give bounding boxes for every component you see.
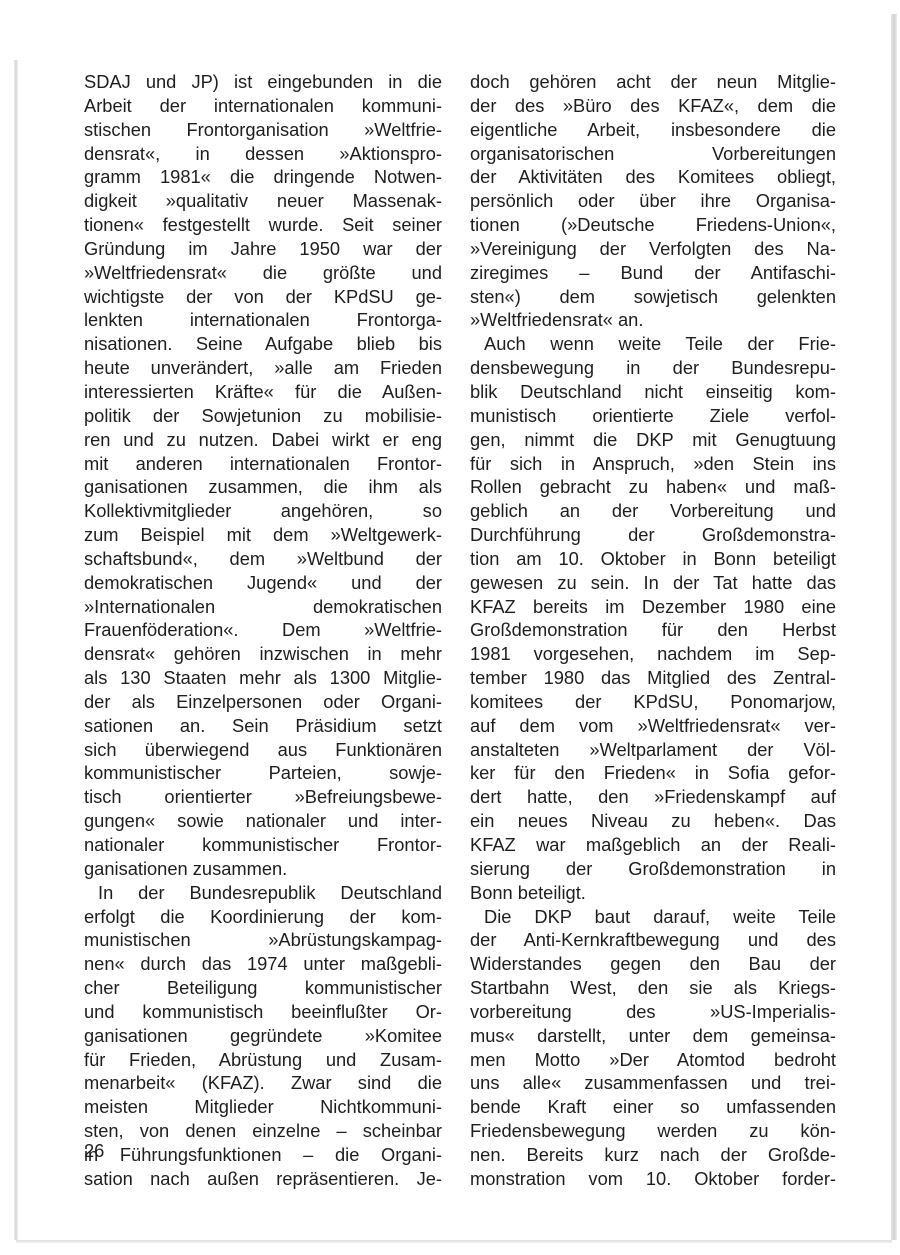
text-line: sierung der Großdemonstration in bbox=[470, 857, 836, 881]
text-line: sten«) dem sowjetisch gelenkten bbox=[470, 285, 836, 309]
text-line: menarbeit« (KFAZ). Zwar sind die bbox=[84, 1071, 442, 1095]
text-line: tember 1980 das Mitglied des Zentral- bbox=[470, 666, 836, 690]
text-line: ker für den Frieden« in Sofia gefor- bbox=[470, 761, 836, 785]
text-line: wichtigste der von der KPdSU ge- bbox=[84, 285, 442, 309]
text-line: Auch wenn weite Teile der Frie- bbox=[470, 332, 836, 356]
text-line: ein neues Niveau zu heben«. Das bbox=[470, 809, 836, 833]
text-line: der Aktivitäten des Komitees obliegt, bbox=[470, 165, 836, 189]
text-line: tionen (»Deutsche Friedens-Union«, bbox=[470, 213, 836, 237]
text-line: 1981 vorgesehen, nachdem im Sep- bbox=[470, 642, 836, 666]
text-line: sten, von denen einzelne – scheinbar bbox=[84, 1119, 442, 1143]
text-line: lenkten internationalen Frontorga- bbox=[84, 308, 442, 332]
text-line: »Weltfriedensrat« die größte und bbox=[84, 261, 442, 285]
text-line: mus« darstellt, unter dem gemeinsa- bbox=[470, 1024, 836, 1048]
text-line: organisatorischen Vorbereitungen bbox=[470, 142, 836, 166]
text-line: als 130 Staaten mehr als 1300 Mitglie- bbox=[84, 666, 442, 690]
text-line: ren und zu nutzen. Dabei wirkt er eng bbox=[84, 428, 442, 452]
text-line: Arbeit der internationalen kommuni- bbox=[84, 94, 442, 118]
text-line: Durchführung der Großdemonstra- bbox=[470, 523, 836, 547]
text-line: dert hatte, den »Friedenskampf auf bbox=[470, 785, 836, 809]
text-line: nen« durch das 1974 unter maßgebli- bbox=[84, 952, 442, 976]
text-line: Friedensbewegung werden zu kön- bbox=[470, 1119, 836, 1143]
text-line: sich überwiegend aus Funktionären bbox=[84, 738, 442, 762]
text-line: »Vereinigung der Verfolgten des Na- bbox=[470, 237, 836, 261]
text-line: und kommunistisch beeinflußter Or- bbox=[84, 1000, 442, 1024]
text-line: nisationen. Seine Aufgabe blieb bis bbox=[84, 332, 442, 356]
text-line: Widerstandes gegen den Bau der bbox=[470, 952, 836, 976]
text-line: doch gehören acht der neun Mitglie- bbox=[470, 70, 836, 94]
text-line: sationen an. Sein Präsidium setzt bbox=[84, 714, 442, 738]
text-line: Kollektivmitglieder angehören, so bbox=[84, 499, 442, 523]
text-line: der Anti-Kernkraftbewegung und des bbox=[470, 928, 836, 952]
text-line: tionen« festgestellt wurde. Seit seiner bbox=[84, 213, 442, 237]
text-line: KFAZ bereits im Dezember 1980 eine bbox=[470, 595, 836, 619]
text-line: anstalteten »Weltparlament der Völ- bbox=[470, 738, 836, 762]
text-line: stischen Frontorganisation »Weltfrie- bbox=[84, 118, 442, 142]
text-line: Startbahn West, den sie als Kriegs- bbox=[470, 976, 836, 1000]
text-line: für Frieden, Abrüstung und Zusam- bbox=[84, 1048, 442, 1072]
text-line: kommunistischer Parteien, sowje- bbox=[84, 761, 442, 785]
right-text-column: doch gehören acht der neun Mitglie-der d… bbox=[470, 70, 836, 1191]
text-line: geblich an der Vorbereitung und bbox=[470, 499, 836, 523]
text-line: vorbereitung des »US-Imperialis- bbox=[470, 1000, 836, 1024]
text-line: der des »Büro des KFAZ«, dem die bbox=[470, 94, 836, 118]
text-line: heute unverändert, »alle am Frieden bbox=[84, 356, 442, 380]
text-line: monstration vom 10. Oktober forder- bbox=[470, 1167, 836, 1191]
text-line: gramm 1981« die dringende Notwen- bbox=[84, 165, 442, 189]
text-line: »Weltfriedensrat« an. bbox=[470, 308, 836, 332]
text-line: der als Einzelpersonen oder Organi- bbox=[84, 690, 442, 714]
text-line: Gründung im Jahre 1950 war der bbox=[84, 237, 442, 261]
text-line: schaftsbund«, dem »Weltbund der bbox=[84, 547, 442, 571]
text-line: Die DKP baut darauf, weite Teile bbox=[470, 905, 836, 929]
text-line: Rollen gebracht zu haben« und maß- bbox=[470, 475, 836, 499]
text-line: sation nach außen repräsentieren. Je- bbox=[84, 1167, 442, 1191]
text-line: gewesen zu sein. In der Tat hatte das bbox=[470, 571, 836, 595]
text-line: gen, nimmt die DKP mit Genugtuung bbox=[470, 428, 836, 452]
text-line: persönlich oder über ihre Organisa- bbox=[470, 189, 836, 213]
text-line: gungen« sowie nationaler und inter- bbox=[84, 809, 442, 833]
text-line: ganisationen zusammen. bbox=[84, 857, 442, 881]
text-line: in Führungsfunktionen – die Organi- bbox=[84, 1143, 442, 1167]
text-line: nationaler kommunistischer Frontor- bbox=[84, 833, 442, 857]
text-line: cher Beteiligung kommunistischer bbox=[84, 976, 442, 1000]
text-line: Frauenföderation«. Dem »Weltfrie- bbox=[84, 618, 442, 642]
page-edge-bottom bbox=[16, 1240, 892, 1243]
text-line: munistischen »Abrüstungskampag- bbox=[84, 928, 442, 952]
text-line: digkeit »qualitativ neuer Massenak- bbox=[84, 189, 442, 213]
text-line: auf dem vom »Weltfriedensrat« ver- bbox=[470, 714, 836, 738]
text-line: mit anderen internationalen Frontor- bbox=[84, 452, 442, 476]
text-line: bende Kraft einer so umfassenden bbox=[470, 1095, 836, 1119]
text-line: munistisch orientierte Ziele verfol- bbox=[470, 404, 836, 428]
page-edge-left bbox=[14, 60, 18, 1240]
text-line: erfolgt die Koordinierung der kom- bbox=[84, 905, 442, 929]
text-line: densrat« gehören inzwischen in mehr bbox=[84, 642, 442, 666]
text-line: für sich in Anspruch, »den Stein ins bbox=[470, 452, 836, 476]
text-line: uns alle« zusammenfassen und trei- bbox=[470, 1071, 836, 1095]
text-line: »Internationalen demokratischen bbox=[84, 595, 442, 619]
text-line: Großdemonstration für den Herbst bbox=[470, 618, 836, 642]
text-line: In der Bundesrepublik Deutschland bbox=[84, 881, 442, 905]
text-line: blik Deutschland nicht einseitig kom- bbox=[470, 380, 836, 404]
text-line: densrat«, in dessen »Aktionspro- bbox=[84, 142, 442, 166]
text-line: nen. Bereits kurz nach der Großde- bbox=[470, 1143, 836, 1167]
text-line: politik der Sowjetunion zu mobilisie- bbox=[84, 404, 442, 428]
page-number: 26 bbox=[84, 1140, 104, 1162]
text-line: men Motto »Der Atomtod bedroht bbox=[470, 1048, 836, 1072]
scanned-book-page: SDAJ und JP) ist eingebunden in dieArbei… bbox=[0, 0, 900, 1255]
text-line: eigentliche Arbeit, insbesondere die bbox=[470, 118, 836, 142]
text-line: interessierten Kräfte« für die Außen- bbox=[84, 380, 442, 404]
page-edge-right bbox=[891, 14, 897, 1240]
text-line: zum Beispiel mit dem »Weltgewerk- bbox=[84, 523, 442, 547]
text-line: ziregimes – Bund der Antifaschi- bbox=[470, 261, 836, 285]
text-line: demokratischen Jugend« und der bbox=[84, 571, 442, 595]
left-text-column: SDAJ und JP) ist eingebunden in dieArbei… bbox=[84, 70, 442, 1191]
text-line: tisch orientierter »Befreiungsbewe- bbox=[84, 785, 442, 809]
text-line: densbewegung in der Bundesrepu- bbox=[470, 356, 836, 380]
text-line: komitees der KPdSU, Ponomarjow, bbox=[470, 690, 836, 714]
text-line: ganisationen gegründete »Komitee bbox=[84, 1024, 442, 1048]
text-line: KFAZ war maßgeblich an der Reali- bbox=[470, 833, 836, 857]
text-line: tion am 10. Oktober in Bonn beteiligt bbox=[470, 547, 836, 571]
text-line: ganisationen zusammen, die ihm als bbox=[84, 475, 442, 499]
text-line: Bonn beteiligt. bbox=[470, 881, 836, 905]
text-line: SDAJ und JP) ist eingebunden in die bbox=[84, 70, 442, 94]
text-line: meisten Mitglieder Nichtkommuni- bbox=[84, 1095, 442, 1119]
